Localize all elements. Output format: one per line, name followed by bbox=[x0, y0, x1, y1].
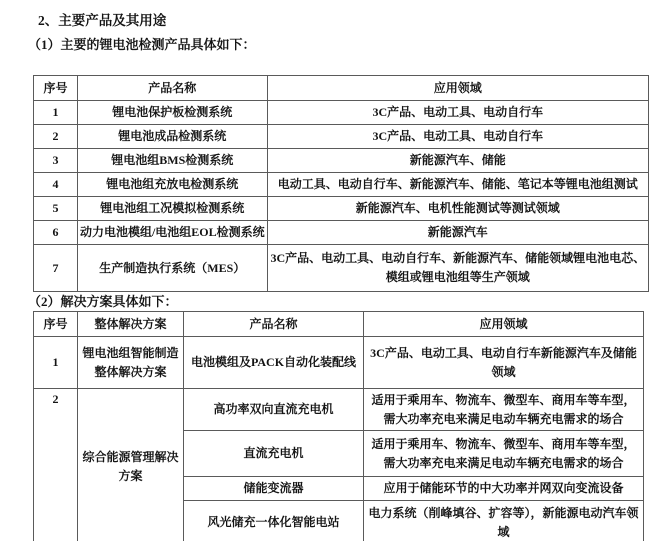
cell-seq: 7 bbox=[34, 245, 78, 292]
cell-product-name: 直流充电机 bbox=[184, 431, 364, 477]
cell-application: 适用于乘用车、物流车、微型车、商用车等车型，需大功率充电来满足电动车辆充电需求的… bbox=[364, 389, 644, 431]
subsection-2-label: （2）解决方案具体如下： bbox=[28, 294, 649, 310]
table-header-row: 序号 产品名称 应用领域 bbox=[34, 76, 649, 101]
cell-solution: 综合能源管理解决方案 bbox=[78, 389, 184, 541]
cell-application: 3C产品、电动工具、电动自行车 bbox=[267, 125, 648, 149]
header-solution: 整体解决方案 bbox=[78, 312, 184, 337]
solutions-table: 序号 整体解决方案 产品名称 应用领域 1 锂电池组智能制造整体解决方案 电池模… bbox=[33, 311, 644, 541]
cell-seq: 4 bbox=[34, 173, 78, 197]
table-row: 2 综合能源管理解决方案 高功率双向直流充电机 适用于乘用车、物流车、微型车、商… bbox=[34, 389, 644, 431]
cell-seq: 2 bbox=[34, 125, 78, 149]
cell-solution: 锂电池组智能制造整体解决方案 bbox=[78, 337, 184, 389]
header-seq: 序号 bbox=[34, 76, 78, 101]
cell-product-name: 风光储充一体化智能电站 bbox=[184, 501, 364, 541]
cell-product-name: 锂电池组充放电检测系统 bbox=[77, 173, 267, 197]
cell-application: 3C产品、电动工具、电动自行车新能源汽车及储能领域 bbox=[364, 337, 644, 389]
table-row: 7 生产制造执行系统（MES） 3C产品、电动工具、电动自行车、新能源汽车、储能… bbox=[34, 245, 649, 292]
cell-product-name: 锂电池组BMS检测系统 bbox=[77, 149, 267, 173]
table-row: 2 锂电池成品检测系统 3C产品、电动工具、电动自行车 bbox=[34, 125, 649, 149]
cell-product-name: 动力电池模组/电池组EOL检测系统 bbox=[77, 221, 267, 245]
table-row: 3 锂电池组BMS检测系统 新能源汽车、储能 bbox=[34, 149, 649, 173]
cell-seq: 2 bbox=[34, 389, 78, 541]
cell-application: 新能源汽车、储能 bbox=[267, 149, 648, 173]
cell-seq: 3 bbox=[34, 149, 78, 173]
cell-seq: 1 bbox=[34, 337, 78, 389]
cell-product-name: 生产制造执行系统（MES） bbox=[77, 245, 267, 292]
cell-product-name: 高功率双向直流充电机 bbox=[184, 389, 364, 431]
cell-application: 电动工具、电动自行车、新能源汽车、储能、笔记本等锂电池组测试 bbox=[267, 173, 648, 197]
cell-application: 3C产品、电动工具、电动自行车、新能源汽车、储能领域锂电池电芯、模组或锂电池组等… bbox=[267, 245, 648, 292]
table-row: 4 锂电池组充放电检测系统 电动工具、电动自行车、新能源汽车、储能、笔记本等锂电… bbox=[34, 173, 649, 197]
cell-product-name: 锂电池保护板检测系统 bbox=[77, 101, 267, 125]
cell-application: 3C产品、电动工具、电动自行车 bbox=[267, 101, 648, 125]
cell-application: 适用于乘用车、物流车、微型车、商用车等车型，需大功率充电来满足电动车辆充电需求的… bbox=[364, 431, 644, 477]
header-application: 应用领域 bbox=[267, 76, 648, 101]
cell-seq: 1 bbox=[34, 101, 78, 125]
header-product-name: 产品名称 bbox=[77, 76, 267, 101]
table-header-row: 序号 整体解决方案 产品名称 应用领域 bbox=[34, 312, 644, 337]
cell-application: 新能源汽车 bbox=[267, 221, 648, 245]
section-heading: 2、主要产品及其用途 bbox=[38, 12, 649, 30]
cell-seq: 5 bbox=[34, 197, 78, 221]
cell-product-name: 锂电池成品检测系统 bbox=[77, 125, 267, 149]
header-product-name: 产品名称 bbox=[184, 312, 364, 337]
table-row: 6 动力电池模组/电池组EOL检测系统 新能源汽车 bbox=[34, 221, 649, 245]
cell-application: 电力系统（削峰填谷、扩容等），新能源电动汽车领域 bbox=[364, 501, 644, 541]
cell-product-name: 储能变流器 bbox=[184, 477, 364, 501]
table-row: 1 锂电池组智能制造整体解决方案 电池模组及PACK自动化装配线 3C产品、电动… bbox=[34, 337, 644, 389]
cell-application: 应用于储能环节的中大功率并网双向变流设备 bbox=[364, 477, 644, 501]
products-table: 序号 产品名称 应用领域 1 锂电池保护板检测系统 3C产品、电动工具、电动自行… bbox=[33, 75, 649, 292]
cell-seq: 6 bbox=[34, 221, 78, 245]
table-row: 1 锂电池保护板检测系统 3C产品、电动工具、电动自行车 bbox=[34, 101, 649, 125]
document-page: { "page": { "heading": "2、主要产品及其用途", "su… bbox=[0, 0, 649, 541]
header-application: 应用领域 bbox=[364, 312, 644, 337]
header-seq: 序号 bbox=[34, 312, 78, 337]
cell-application: 新能源汽车、电机性能测试等测试领域 bbox=[267, 197, 648, 221]
subsection-1-label: （1）主要的锂电池检测产品具体如下： bbox=[28, 36, 649, 53]
cell-product-name: 电池模组及PACK自动化装配线 bbox=[184, 337, 364, 389]
table-row: 5 锂电池组工况模拟检测系统 新能源汽车、电机性能测试等测试领域 bbox=[34, 197, 649, 221]
cell-product-name: 锂电池组工况模拟检测系统 bbox=[77, 197, 267, 221]
